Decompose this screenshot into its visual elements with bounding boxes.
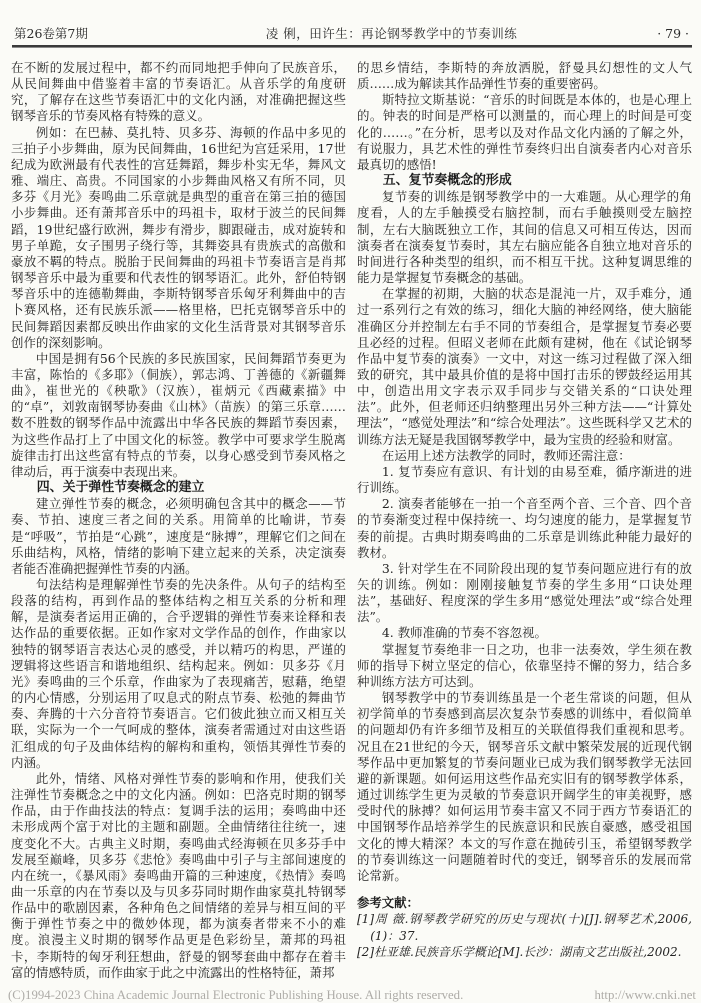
paragraph: 的思乡情结，李斯特的奔放洒脱，舒曼具幻想性的文人气质……成为解读其作品弹性节奏的… <box>357 60 692 92</box>
page-number: · 79 · <box>609 26 689 41</box>
section-heading-elastic-rhythm: 四、关于弹性节奏概念的建立 <box>11 480 346 496</box>
right-column: 的思乡情结，李斯特的奔放洒脱，舒曼具幻想性的文人气质……成为解读其作品弹性节奏的… <box>357 60 692 998</box>
page-body: 在不断的发展过程中，都不约而同地把手伸向了民族音乐，从民间舞曲中借鉴着丰富的节奏… <box>11 60 692 1003</box>
list-item: 3. 针对学生在不同阶段出现的复节奏问题应进行有的放矢的训练。例如：刚刚接触复节… <box>357 561 692 626</box>
section-heading-polyrhythm: 五、复节奏概念的形成 <box>357 173 692 189</box>
paragraph: 钢琴教学中的节奏训练虽是一个老生常谈的问题，但从初学简单的节奏感到高层次复杂节奏… <box>357 690 692 884</box>
paragraph: 在运用上述方法教学的同时，教师还需注意： <box>357 448 692 464</box>
list-item: 4. 教师准确的节奏不容忽视。 <box>357 625 692 641</box>
paragraph: 掌握复节奏绝非一日之功，也非一法奏效，学生须在教师的指导下树立坚定的信心，依靠坚… <box>357 642 692 690</box>
paragraph: 复节奏的训练是钢琴教学中的一大难题。从心理学的角度看，人的左手触摸受右脑控制，而… <box>357 189 692 286</box>
running-title: 凌 俐，田许生：再论钢琴教学中的节奏训练 <box>174 24 609 42</box>
paragraph: 句法结构是理解弹性节奏的先决条件。从句子的结构至段落的结构，再到作品的整体结构之… <box>11 577 346 771</box>
page-header: 第26卷第7期 凌 俐，田许生：再论钢琴教学中的节奏训练 · 79 · <box>14 24 689 42</box>
reference-item: [2]杜亚雄.民族音乐学概论[M].长沙：湖南文艺出版社,2002. <box>357 944 692 961</box>
paragraph: 建立弹性节奏的概念，必须明确包含其中的概念——节奏、节拍、速度三者之间的关系。用… <box>11 496 346 577</box>
list-item: 2. 演奏者能够在一拍一个音至两个音、三个音、四个音的节奏渐变过程中保持统一、均… <box>357 496 692 561</box>
paragraph: 此外，情绪、风格对弹性节奏的影响和作用，使我们关注弹性节奏概念之中的文化内涵。例… <box>11 771 346 981</box>
header-rule <box>12 45 692 48</box>
references-heading: 参考文献： <box>357 895 692 911</box>
journal-page: 第26卷第7期 凌 俐，田许生：再论钢琴教学中的节奏训练 · 79 · 在不断的… <box>0 0 701 1003</box>
paragraph: 在不断的发展过程中，都不约而同地把手伸向了民族音乐，从民间舞曲中借鉴着丰富的节奏… <box>11 60 346 125</box>
paragraph: 在掌握的初期，大脑的状态是混沌一片，双手难分，通过一系列行之有效的练习，细化大脑… <box>357 286 692 448</box>
paragraph: 斯特拉文斯基说：“音乐的时间既是本体的，也是心理上的。钟表的时间是严格可以测量的… <box>357 92 692 173</box>
paragraph: 例如：在巴赫、莫扎特、贝多芬、海顿的作品中多见的三拍子小步舞曲，原为民间舞曲，1… <box>11 125 346 351</box>
list-item: 1. 复节奏应有意识、有计划的由易至难，循序渐进的进行训练。 <box>357 464 692 496</box>
reference-item: [1]周 薇.钢琴教学研究的历史与现状(十)[J].钢琴艺术,2006,(1)：… <box>357 911 692 944</box>
left-column: 在不断的发展过程中，都不约而同地把手伸向了民族音乐，从民间舞曲中借鉴着丰富的节奏… <box>11 60 346 998</box>
paragraph: 中国是拥有56个民族的多民族国家，民间舞蹈节奏更为丰富，陈怡的《多耶》（侗族），… <box>11 351 346 480</box>
volume-issue: 第26卷第7期 <box>14 24 174 42</box>
